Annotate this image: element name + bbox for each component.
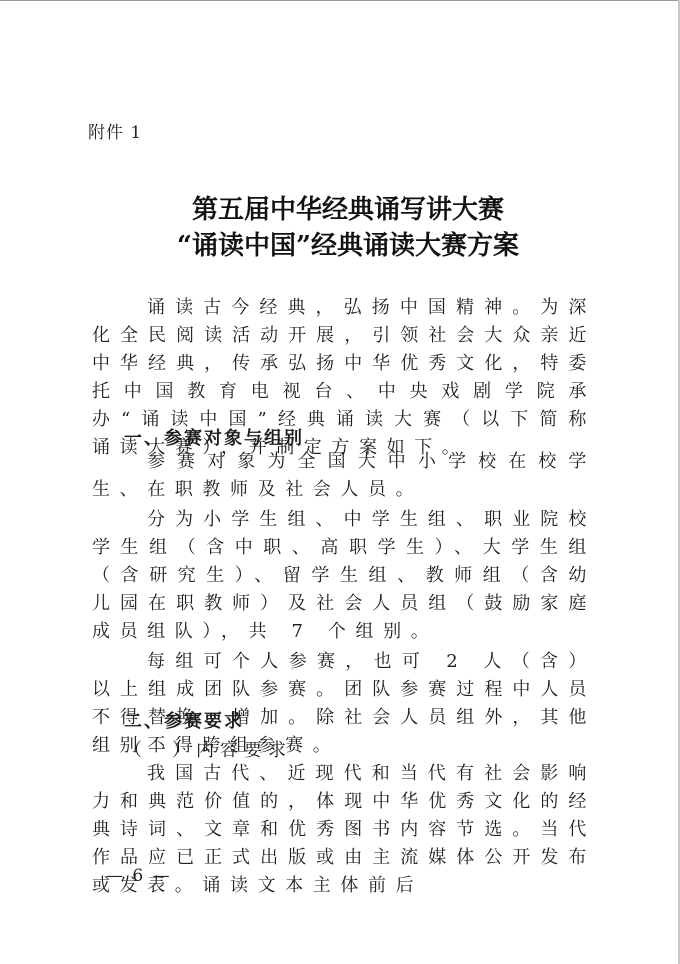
- subsection-1-heading: （一）内容要求: [124, 736, 292, 762]
- document-title-line-1: 第五届中华经典诵写讲大赛: [8, 197, 680, 223]
- section-1-heading: 一、参赛对象与组别: [124, 424, 304, 450]
- section-2-heading: 二、参赛要求: [124, 707, 244, 733]
- document-title-line-2: “诵读中国”经典诵读大赛方案: [8, 233, 680, 259]
- section-1-paragraph-2: 分为小学生组、中学生组、职业院校学生组（含中职、高职学生）、大学生组（含研究生）…: [92, 506, 596, 646]
- attachment-label: 附件 1: [88, 118, 142, 143]
- section-1-paragraph-1: 参赛对象为全国大中小学校在校学生、在职教师及社会人员。: [92, 448, 596, 504]
- page-number: — 6 —: [106, 866, 172, 886]
- page-top-edge: [0, 0, 680, 1]
